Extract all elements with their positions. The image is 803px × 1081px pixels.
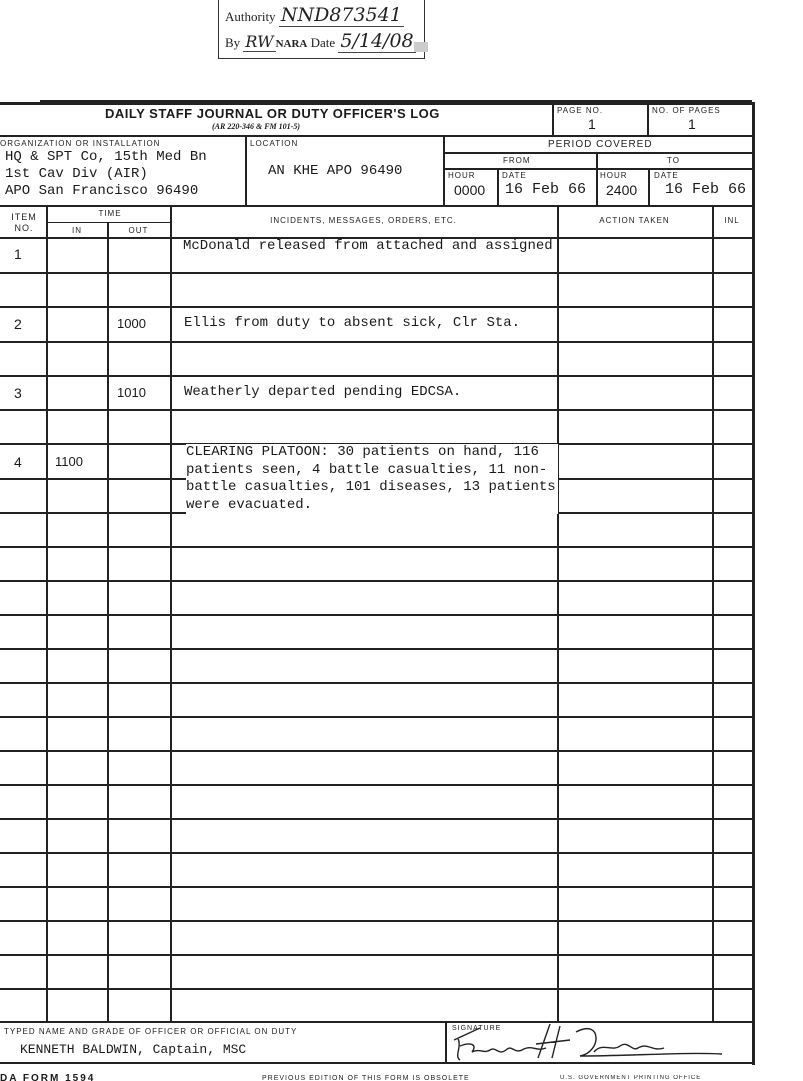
handwritten-signature-icon: [452, 1022, 752, 1062]
row-divider: [0, 988, 752, 990]
row-divider: [0, 341, 752, 343]
entry-time-out: 1000: [117, 316, 146, 331]
from-date-value: 16 Feb 66: [505, 181, 586, 198]
entry-time-out: 1010: [117, 385, 146, 400]
row-divider: [0, 954, 752, 956]
incidents-header: INCIDENTS, MESSAGES, ORDERS, ETC.: [170, 216, 557, 225]
date-label: Date: [311, 35, 336, 50]
stamp-smudge: [414, 42, 428, 52]
divider: [0, 135, 752, 137]
from-hour-value: 0000: [454, 182, 485, 198]
divider: [47, 222, 170, 223]
row-divider: [0, 784, 752, 786]
to-date-label: DATE: [654, 171, 679, 180]
no-of-pages-value: 1: [688, 116, 696, 132]
time-in-header: IN: [47, 226, 107, 235]
organization-line: 1st Cav Div (AIR): [5, 166, 207, 183]
row-divider: [0, 920, 752, 922]
entry-text: Weatherly departed pending EDCSA.: [184, 384, 461, 400]
authority-value: NND873541: [279, 4, 404, 27]
form-top-border: [40, 100, 752, 103]
organization-value: HQ & SPT Co, 15th Med Bn 1st Cav Div (AI…: [5, 149, 207, 200]
organization-line: HQ & SPT Co, 15th Med Bn: [5, 149, 207, 166]
by-line: By RWNARA Date 5/14/08: [225, 30, 416, 52]
divider: [647, 103, 649, 136]
to-hour-label: HOUR: [600, 171, 628, 180]
row-divider: [0, 886, 752, 888]
row-divider: [0, 375, 752, 377]
row-divider: [0, 546, 752, 548]
location-label: LOCATION: [250, 139, 298, 148]
typed-name-value: KENNETH BALDWIN, Captain, MSC: [20, 1042, 246, 1057]
organization-label: ORGANIZATION OR INSTALLATION: [0, 139, 160, 148]
page-no-label: PAGE NO.: [557, 106, 603, 115]
divider: [443, 152, 752, 154]
to-hour-value: 2400: [606, 182, 637, 198]
item-no-header: ITEM NO.: [4, 212, 44, 234]
declassification-stamp: Authority NND873541 By RWNARA Date 5/14/…: [218, 0, 425, 59]
entry-text-line: were evacuated.: [186, 497, 556, 515]
from-date-label: DATE: [502, 171, 527, 180]
divider: [245, 135, 247, 205]
entry-item-no: 4: [14, 454, 22, 470]
no-of-pages-label: NO. OF PAGES: [652, 106, 721, 115]
divider: [443, 168, 752, 170]
row-divider: [0, 614, 752, 616]
divider: [648, 168, 650, 205]
divider: [0, 205, 752, 207]
row-divider: [0, 272, 752, 274]
divider: [443, 135, 445, 205]
entry-text-line: battle casualties, 101 diseases, 13 pati…: [186, 479, 556, 497]
location-value: AN KHE APO 96490: [268, 163, 402, 179]
entry-text-line: CLEARING PLATOON: 30 patients on hand, 1…: [186, 444, 556, 462]
entry-text: Ellis from duty to absent sick, Clr Sta.: [184, 315, 520, 331]
date-value: 5/14/08: [338, 30, 415, 53]
divider: [0, 1062, 752, 1064]
signature: [452, 1022, 752, 1062]
from-label: FROM: [503, 156, 531, 165]
to-label: TO: [667, 156, 680, 165]
entry-item-no: 2: [14, 316, 22, 332]
period-covered-label: PERIOD COVERED: [548, 139, 653, 150]
action-taken-header: ACTION TAKEN: [557, 216, 712, 225]
page-no-value: 1: [588, 116, 596, 132]
form-title: DAILY STAFF JOURNAL OR DUTY OFFICER'S LO…: [105, 106, 440, 121]
divider: [596, 152, 598, 205]
entry-text: McDonald released from attached and assi…: [183, 238, 553, 254]
time-out-header: OUT: [107, 226, 170, 235]
entry-text-line: patients seen, 4 battle casualties, 11 n…: [186, 462, 556, 480]
time-header: TIME: [50, 209, 170, 218]
typed-name-label: TYPED NAME AND GRADE OF OFFICER OR OFFIC…: [4, 1027, 297, 1036]
divider: [445, 1021, 447, 1063]
row-divider: [0, 716, 752, 718]
entry-text: CLEARING PLATOON: 30 patients on hand, 1…: [186, 444, 558, 514]
divider: [497, 168, 499, 205]
entry-item-no: 3: [14, 385, 22, 401]
by-label: By: [225, 35, 240, 50]
form-subtitle: (AR 220-346 & FM 101-5): [212, 122, 300, 131]
authority-line: Authority NND873541: [225, 4, 404, 26]
to-date-value: 16 Feb 66: [665, 181, 746, 198]
row-divider: [0, 818, 752, 820]
row-divider: [0, 750, 752, 752]
edition-note: PREVIOUS EDITION OF THIS FORM IS OBSOLET…: [262, 1075, 470, 1081]
entry-time-in: 1100: [55, 454, 83, 469]
row-divider: [0, 648, 752, 650]
organization-line: APO San Francisco 96490: [5, 183, 207, 200]
row-divider: [0, 409, 752, 411]
printing-note: U.S. GOVERNMENT PRINTING OFFICE: [560, 1075, 701, 1081]
row-divider: [0, 580, 752, 582]
row-divider: [0, 682, 752, 684]
entry-item-no: 1: [14, 246, 22, 262]
row-divider: [0, 306, 752, 308]
divider: [552, 103, 554, 136]
inl-header: INL: [712, 216, 752, 225]
authority-label: Authority: [225, 9, 276, 24]
form-number: DA FORM 1594: [0, 1073, 95, 1081]
nara-label: NARA: [276, 38, 308, 50]
by-initials: RW: [243, 32, 275, 52]
row-divider: [0, 852, 752, 854]
from-hour-label: HOUR: [448, 171, 476, 180]
